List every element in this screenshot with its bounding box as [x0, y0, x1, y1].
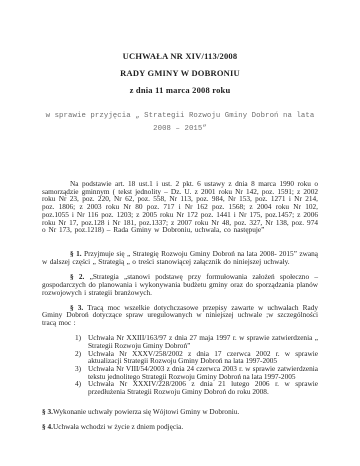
section-3-text: Tracą moc wszelkie dotychczasowe przepis… [42, 303, 318, 327]
legal-basis-preamble: Na podstawie art. 18 ust.1 i ust. 2 pkt.… [42, 180, 318, 234]
list-item-text: Uchwała Nr VIII/54/2003 z dnia 24 czerwc… [88, 365, 318, 380]
subject-line-1: w sprawie przyjęcia „ Strategii Rozwoju … [42, 110, 318, 123]
document-page: UCHWAŁA NR XIV/113/2008 RADY GMINY W DOB… [0, 0, 360, 466]
resolution-date-heading: z dnia 11 marca 2008 roku [42, 86, 318, 95]
list-item-number: 4) [75, 380, 88, 388]
list-item-number: 2) [75, 350, 88, 358]
execution-clause-label: § 3. [42, 407, 53, 416]
execution-clause-text: Wykonanie uchwały powierza się Wójtowi G… [53, 407, 239, 416]
section-paragraph-3: § 3. Tracą moc wszelkie dotychczasowe pr… [42, 304, 318, 327]
list-item: 3) Uchwała Nr VIII/54/2003 z dnia 24 cze… [75, 365, 318, 380]
council-name-heading: RADY GMINY W DOBRONIU [42, 69, 318, 78]
list-item-number: 1) [75, 334, 88, 342]
list-item: 4) Uchwała Nr XXXIV/228/2006 z dnia 21 l… [75, 380, 318, 395]
effective-date-clause-text: Uchwała wchodzi w życie z dniem podjęcia… [53, 422, 183, 431]
list-item-number: 3) [75, 365, 88, 373]
list-item: 1) Uchwała Nr XXIII/163/97 z dnia 27 maj… [75, 334, 318, 349]
list-item: 2) Uchwała Nr XXXV/258/2002 z dnia 17 cz… [75, 350, 318, 365]
repealed-resolutions-list: 1) Uchwała Nr XXIII/163/97 z dnia 27 maj… [75, 334, 318, 396]
list-item-text: Uchwała Nr XXIII/163/97 z dnia 27 maja 1… [88, 334, 318, 349]
effective-date-clause-label: § 4. [42, 422, 53, 431]
section-1-text: Przyjmuje się „ Strategię Rozwoju Gminy … [42, 249, 318, 266]
list-item-text: Uchwała Nr XXXV/258/2002 z dnia 17 czerw… [88, 350, 318, 365]
subject-block: w sprawie przyjęcia „ Strategii Rozwoju … [42, 110, 318, 136]
section-paragraph-2: § 2. „Strategia „stanowi podstawę przy f… [42, 273, 318, 296]
section-2-text: „Strategia „stanowi podstawę przy formuł… [42, 272, 318, 296]
resolution-number-heading: UCHWAŁA NR XIV/113/2008 [42, 52, 318, 61]
subject-line-2: 2008 – 2015” [42, 123, 318, 136]
list-item-text: Uchwała Nr XXXIV/228/2006 z dnia 21 lute… [88, 380, 318, 395]
execution-clause: § 3.Wykonanie uchwały powierza się Wójto… [42, 408, 318, 416]
section-paragraph-1: § 1. Przyjmuje się „ Strategię Rozwoju G… [42, 250, 318, 265]
effective-date-clause: § 4.Uchwała wchodzi w życie z dniem podj… [42, 423, 318, 431]
